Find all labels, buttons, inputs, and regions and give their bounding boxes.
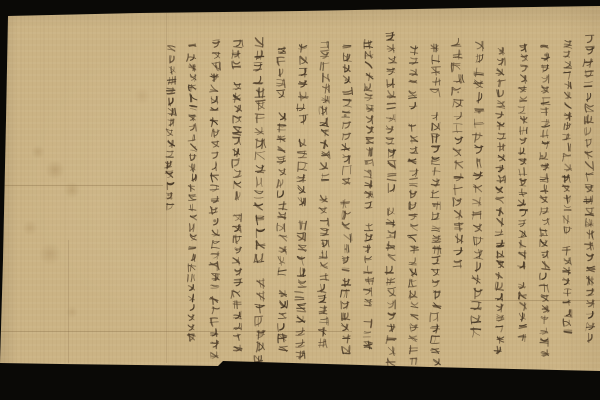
photo-background: { "photo": { "background_color": "#0a090… bbox=[0, 0, 600, 400]
manuscript-photo: 寀者謂隴脊修行故無心虛空其懷者謂不善思惟凡慮也以无取著即諸見水識目見泥洹阿耨攝一… bbox=[0, 0, 600, 400]
scroll-paper: 寀者謂隴脊修行故無心虛空其懷者謂不善思惟凡慮也以无取著即諸見水識目見泥洹阿耨攝一… bbox=[0, 0, 600, 400]
handwritten-text-canvas bbox=[0, 0, 600, 400]
